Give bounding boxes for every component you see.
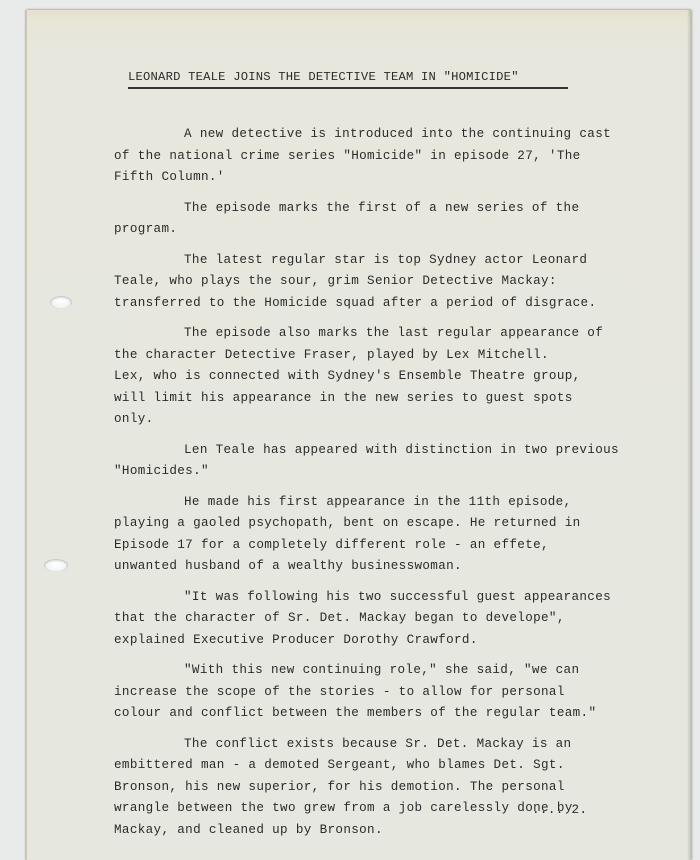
punch-hole <box>44 559 68 572</box>
text-line: the character Detective Fraser, played b… <box>114 345 654 367</box>
text-line: transferred to the Homicide squad after … <box>114 293 654 315</box>
text-line: unwanted husband of a wealthy businesswo… <box>114 556 654 578</box>
text-line: embittered man - a demoted Sergeant, who… <box>114 755 654 777</box>
text-line: The episode marks the first of a new ser… <box>114 198 654 220</box>
paragraph: The conflict exists because Sr. Det. Mac… <box>114 734 654 842</box>
text-line: increase the scope of the stories - to a… <box>114 682 654 704</box>
text-line: Mackay, and cleaned up by Bronson. <box>114 820 654 842</box>
text-line: Teale, who plays the sour, grim Senior D… <box>114 271 654 293</box>
punch-hole <box>50 296 72 309</box>
text-line: that the character of Sr. Det. Mackay be… <box>114 608 654 630</box>
text-line: only. <box>114 409 654 431</box>
text-line: The latest regular star is top Sydney ac… <box>114 250 654 272</box>
text-line: Fifth Column.' <box>114 167 654 189</box>
paragraph: "It was following his two successful gue… <box>114 587 654 652</box>
text-line: explained Executive Producer Dorothy Cra… <box>114 630 654 652</box>
text-line: He made his first appearance in the 11th… <box>114 492 654 514</box>
text-line: Bronson, his new superior, for his demot… <box>114 777 654 799</box>
paragraph: The latest regular star is top Sydney ac… <box>114 250 654 315</box>
text-line: will limit his appearance in the new ser… <box>114 388 654 410</box>
text-line: of the national crime series "Homicide" … <box>114 146 654 168</box>
text-line: The episode also marks the last regular … <box>114 323 654 345</box>
text-line: "Homicides." <box>114 461 654 483</box>
page-continuation-marker: .... 2. <box>532 803 587 817</box>
paragraph: The episode also marks the last regular … <box>114 323 654 431</box>
paragraph: Len Teale has appeared with distinction … <box>114 440 654 483</box>
paragraph: A new detective is introduced into the c… <box>114 124 654 189</box>
document-heading: LEONARD TEALE JOINS THE DETECTIVE TEAM I… <box>128 70 568 89</box>
text-line: Episode 17 for a completely different ro… <box>114 535 654 557</box>
text-line: "With this new continuing role," she sai… <box>114 660 654 682</box>
paragraph: He made his first appearance in the 11th… <box>114 492 654 578</box>
text-line: The conflict exists because Sr. Det. Mac… <box>114 734 654 756</box>
text-line: Len Teale has appeared with distinction … <box>114 440 654 462</box>
text-line: "It was following his two successful gue… <box>114 587 654 609</box>
text-line: A new detective is introduced into the c… <box>114 124 654 146</box>
text-line: playing a gaoled psychopath, bent on esc… <box>114 513 654 535</box>
text-line: colour and conflict between the members … <box>114 703 654 725</box>
document-body: A new detective is introduced into the c… <box>114 124 654 848</box>
paragraph: The episode marks the first of a new ser… <box>114 198 654 241</box>
paragraph: "With this new continuing role," she sai… <box>114 660 654 725</box>
text-line: program. <box>114 219 654 241</box>
text-line: Lex, who is connected with Sydney's Ense… <box>114 366 654 388</box>
